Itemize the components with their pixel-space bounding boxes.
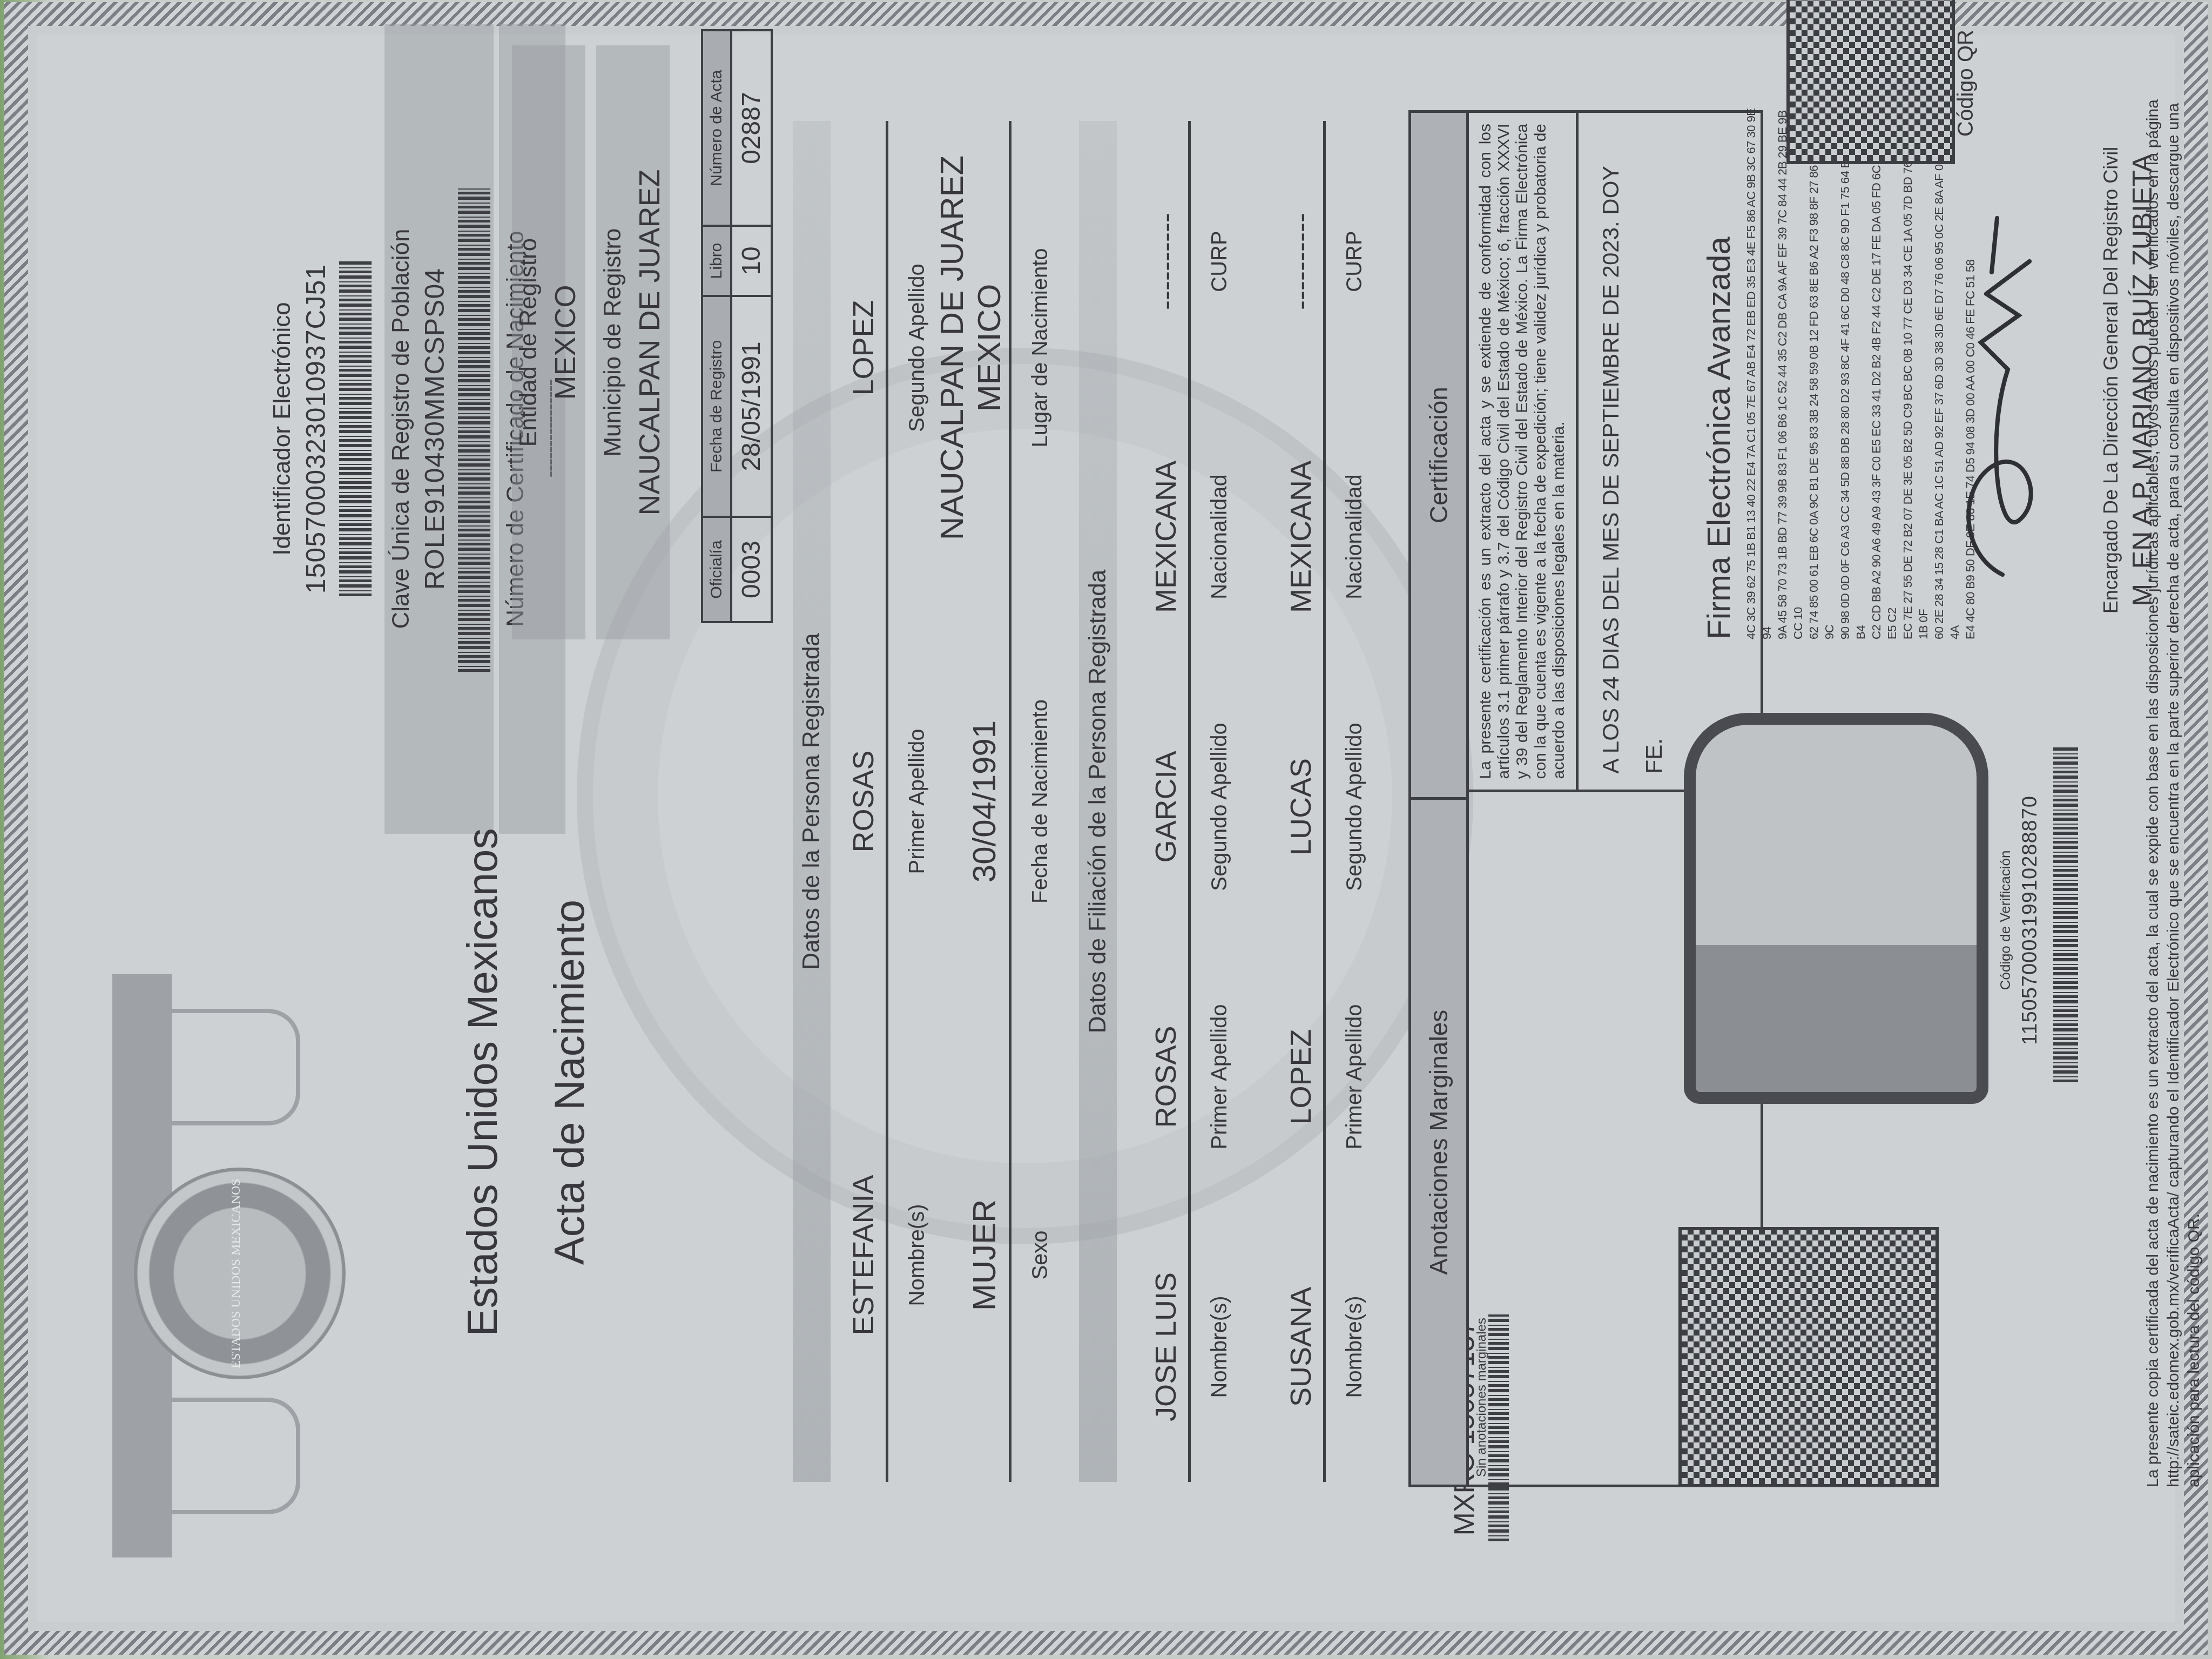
lbl-wrap: Segundo Apellido	[1198, 672, 1232, 942]
edomex-seal-icon	[1684, 713, 1988, 1104]
certificacion-text: La presente certificación es un extracto…	[1469, 113, 1579, 790]
padre-primer-apellido-label: Primer Apellido	[1208, 942, 1232, 1212]
padre-row: JOSE LUIS ROSAS GARCIA MEXICANA --------…	[1149, 121, 1257, 1482]
certificate-paper: ESTADOS UNIDOS MEXICANOS FOLIO MXRC 1505…	[37, 35, 2175, 1622]
field-fecha-nacimiento: 30/04/1991	[966, 575, 1003, 1028]
madre-curp: ----------	[1284, 121, 1318, 402]
madre-curp-label: CURP	[1343, 121, 1367, 402]
madre-segundo-apellido-value: LUCAS	[1284, 672, 1318, 942]
crest-scroll-right	[172, 1009, 300, 1125]
header-libro: Libro	[702, 226, 731, 296]
segundo-apellido-label: Segundo Apellido	[905, 121, 929, 575]
madre-nombre: SUSANA	[1284, 1212, 1318, 1482]
hex-line: 62 74 85 00 61 EB 6C 0A 9C B1 DE 95 83 3…	[1806, 99, 1837, 639]
padre-nombre: JOSE LUIS	[1149, 1212, 1183, 1482]
padre-primer-apellido: ROSAS	[1149, 942, 1183, 1212]
lbl-wrap: Nacionalidad	[1198, 402, 1232, 672]
madre-primer-apellido-value: LOPEZ	[1284, 942, 1318, 1212]
padre-primer-apellido-value: ROSAS	[1149, 942, 1183, 1212]
identificador-barcode	[339, 261, 372, 596]
anotaciones-title: Anotaciones Marginales	[1411, 798, 1466, 1485]
lbl-wrap: Nacionalidad	[1333, 402, 1367, 672]
header-fecha-registro: Fecha de Registro	[702, 296, 731, 517]
padre-curp: ----------	[1149, 121, 1183, 402]
padre-segundo-apellido-value: GARCIA	[1149, 672, 1183, 942]
lbl-wrap: Primer Apellido	[1333, 942, 1367, 1212]
curp-value: ROLE910430MMCSPS04	[419, 24, 450, 834]
hex-line: C2 CD BB A2 90 A6 49 A9 43 3F C0 E5 EC 3…	[1869, 99, 1900, 639]
segundo-apellido-label-wrap: Segundo Apellido	[895, 121, 929, 575]
rule	[886, 121, 888, 1482]
registro-table: Oficialía Fecha de Registro Libro Número…	[701, 29, 773, 623]
rule	[1188, 121, 1191, 1482]
padre-nombre-value: JOSE LUIS	[1149, 1212, 1183, 1482]
lbl-wrap: Segundo Apellido	[1333, 672, 1367, 942]
primer-apellido-value: ROSAS	[847, 575, 880, 1028]
registro-entidad: Entidad de Registro MEXICO Municipio de …	[512, 45, 670, 639]
hex-line: 4C 3C 39 62 75 1B B1 13 40 22 E4 7A C1 0…	[1743, 99, 1775, 639]
header-numero-acta: Número de Acta	[702, 30, 731, 226]
padre-nacionalidad-label: Nacionalidad	[1208, 402, 1232, 672]
madre-nombre-value: SUSANA	[1284, 1212, 1318, 1482]
nombre-label-wrap: Nombre(s)	[895, 1028, 929, 1482]
fecha-nacimiento-value: 30/04/1991	[966, 575, 1003, 1028]
sexo-label-wrap: Sexo	[1019, 1028, 1053, 1482]
section-filiacion: Datos de Filiación de la Persona Registr…	[1079, 121, 1117, 1482]
verificacion-label: Código de Verificación	[1997, 737, 2014, 1104]
padre-nombre-label: Nombre(s)	[1208, 1212, 1232, 1482]
footer-text: La presente copia certificada del acta d…	[2143, 83, 2204, 1487]
certificacion-date: A LOS 24 DIAS DEL MES DE SEPTIEMBRE DE 2…	[1579, 113, 1687, 790]
header-oficialia: Oficialía	[702, 517, 731, 622]
padre-nacionalidad: MEXICANA	[1149, 402, 1183, 672]
curp-barcode	[458, 186, 490, 672]
primer-apellido-label: Primer Apellido	[905, 575, 929, 1028]
country-title: Estados Unidos Mexicanos	[458, 704, 507, 1460]
lbl-wrap: CURP	[1198, 121, 1232, 402]
entidad-value: MEXICO	[549, 45, 582, 639]
verificacion-value: 115057000319910288870	[2019, 737, 2042, 1104]
qr-code-firma[interactable]	[1786, 0, 1955, 164]
madre-primer-apellido-label: Primer Apellido	[1343, 942, 1367, 1212]
acta-title: Acta de Nacimiento	[545, 704, 594, 1460]
field-lugar-nacimiento: NAUCALPAN DE JUAREZ MEXICO	[933, 121, 1008, 575]
hex-line: 90 98 0D 0D 0F C6 A3 CC 34 5D 88 DB 28 8…	[1837, 99, 1869, 639]
madre-nacionalidad: MEXICANA	[1284, 402, 1318, 672]
entidad-label: Entidad de Registro	[515, 45, 542, 639]
hex-line: 9A 45 58 70 73 1B BD 77 39 9B 83 F1 06 B…	[1775, 99, 1806, 639]
padre-curp-value: ----------	[1149, 121, 1183, 402]
madre-primer-apellido: LOPEZ	[1284, 942, 1318, 1212]
madre-curp-value: ----------	[1284, 121, 1318, 402]
value-fecha-registro: 28/05/1991	[731, 296, 772, 517]
madre-nacionalidad-value: MEXICANA	[1284, 402, 1318, 672]
verificacion-barcode	[2053, 747, 2078, 1082]
madre-segundo-apellido-label: Segundo Apellido	[1343, 672, 1367, 942]
crest-scroll-left	[172, 1398, 300, 1514]
madre-nacionalidad-label: Nacionalidad	[1343, 402, 1367, 672]
padre-segundo-apellido-label: Segundo Apellido	[1208, 672, 1232, 942]
lbl-wrap: Primer Apellido	[1198, 942, 1232, 1212]
mexican-seal-icon: ESTADOS UNIDOS MEXICANOS	[134, 1168, 346, 1379]
lbl-wrap: CURP	[1333, 121, 1367, 402]
firma-cargo: Encargado De La Dirección General Del Re…	[2100, 110, 2122, 650]
seal-text: ESTADOS UNIDOS MEXICANOS	[229, 1171, 244, 1376]
lbl-wrap: Nombre(s)	[1198, 1212, 1232, 1482]
firma-title: Firma Electrónica Avanzada	[1700, 237, 1737, 639]
municipio-label: Municipio de Registro	[599, 45, 626, 639]
field-nombre: ESTEFANIA	[847, 1028, 880, 1482]
fecha-label-wrap: Fecha de Nacimiento	[1019, 575, 1053, 1028]
sexo-label: Sexo	[1028, 1028, 1053, 1482]
qr-code-main[interactable]	[1678, 1227, 1939, 1487]
identificador-value: 15057000323010937CJ51	[300, 24, 332, 834]
document-title: Estados Unidos Mexicanos Acta de Nacimie…	[458, 704, 594, 1460]
certificacion-title: Certificación	[1411, 113, 1466, 798]
padre-curp-label: CURP	[1208, 121, 1232, 402]
sexo-value: MUJER	[966, 1028, 1003, 1482]
primer-apellido-label-wrap: Primer Apellido	[895, 575, 929, 1028]
field-primer-apellido: ROSAS	[847, 575, 880, 1028]
municipio-value: NAUCALPAN DE JUAREZ	[633, 45, 666, 639]
rule	[1323, 121, 1326, 1482]
value-libro: 10	[731, 226, 772, 296]
hex-line: EC 7E 27 55 DE 72 B2 07 DE 3E 05 B2 5D C…	[1900, 99, 1931, 639]
national-crest: ESTADOS UNIDOS MEXICANOS	[112, 974, 339, 1557]
signature-icon	[1938, 164, 2067, 596]
field-segundo-apellido: LOPEZ	[847, 121, 880, 575]
section-persona: Datos de la Persona Registrada	[793, 121, 831, 1482]
nombre-value: ESTEFANIA	[847, 1028, 880, 1482]
lugar-label-wrap: Lugar de Nacimiento	[1019, 121, 1053, 575]
segundo-apellido-value: LOPEZ	[847, 121, 880, 575]
identificador-electronico: Identificador Electrónico 15057000323010…	[269, 24, 372, 834]
madre-nombre-label: Nombre(s)	[1343, 1212, 1367, 1482]
lugar-nacimiento-value: NAUCALPAN DE JUAREZ MEXICO	[933, 121, 1008, 575]
madre-row: SUSANA LOPEZ LUCAS MEXICANA ---------- N…	[1284, 121, 1392, 1482]
birth-certificate: ESTADOS UNIDOS MEXICANOS FOLIO MXRC 1505…	[4, 2, 2208, 1655]
value-oficialia: 0003	[731, 517, 772, 622]
rule	[1009, 121, 1011, 1482]
padre-nacionalidad-value: MEXICANA	[1149, 402, 1183, 672]
field-sexo: MUJER	[966, 1028, 1003, 1482]
nombre-label: Nombre(s)	[905, 1028, 929, 1482]
value-numero-acta: 02887	[731, 30, 772, 226]
padre-segundo-apellido: GARCIA	[1149, 672, 1183, 942]
madre-segundo-apellido: LUCAS	[1284, 672, 1318, 942]
identificador-label: Identificador Electrónico	[269, 24, 296, 834]
fecha-nacimiento-label: Fecha de Nacimiento	[1028, 575, 1053, 1028]
lugar-nacimiento-label: Lugar de Nacimiento	[1028, 121, 1053, 575]
curp-label: Clave Única de Registro de Población	[388, 24, 415, 834]
qr-label: Código QR	[1954, 2, 1978, 164]
lbl-wrap: Nombre(s)	[1333, 1212, 1367, 1482]
